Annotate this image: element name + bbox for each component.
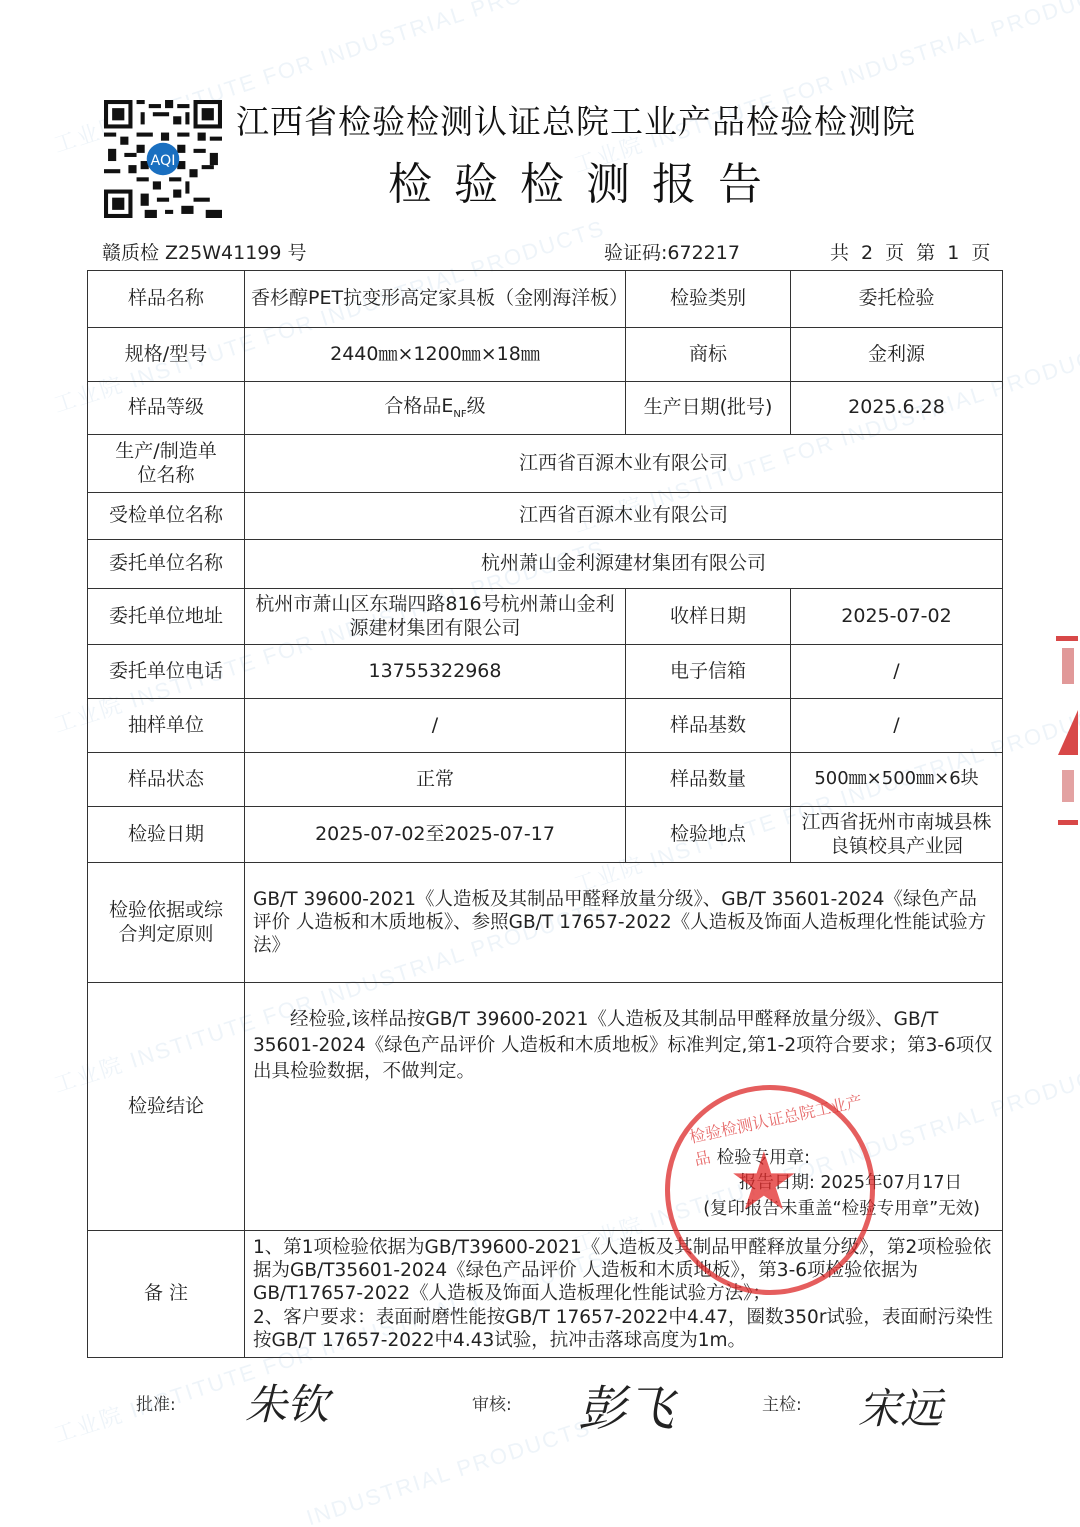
inspection-type: 委托检验	[791, 271, 1003, 328]
client-name-label: 委托单位名称	[88, 540, 245, 589]
table-row: 委托单位电话 13755322968 电子信箱 /	[88, 645, 1003, 699]
remarks: 1、第1项检验依据为GB/T39600-2021《人造板及其制品甲醛释放量分级》…	[245, 1231, 1003, 1358]
stamp-block: 检验专用章: 报告日期: 2025年07月17日 (复印报告未重盖“检验专用章”…	[703, 1146, 980, 1222]
manufacturer: 江西省百源木业有限公司	[245, 435, 1003, 493]
table-row: 检验日期 2025-07-02至2025-07-17 检验地点 江西省抚州市南城…	[88, 807, 1003, 863]
table-row: 委托单位地址 杭州市萧山区东瑞四路816号杭州萧山金利源建材集团有限公司 收样日…	[88, 589, 1003, 645]
client-phone: 13755322968	[245, 645, 626, 699]
email: /	[791, 645, 1003, 699]
review-label: 审核:	[472, 1390, 512, 1415]
table-row: 样品状态 正常 样品数量 500㎜×500㎜×6块	[88, 753, 1003, 807]
grade-prefix: 合格品E	[384, 395, 453, 417]
client-address: 杭州市萧山区东瑞四路816号杭州萧山金利源建材集团有限公司	[245, 589, 626, 645]
receive-date: 2025-07-02	[791, 589, 1003, 645]
chief-signature: 宋远	[858, 1376, 942, 1436]
inspected-unit-label: 受检单位名称	[88, 493, 245, 540]
inspection-place: 江西省抚州市南城县株良镇校具产业园	[791, 807, 1003, 863]
org-title: 江西省检验检测认证总院工业产品检验检测院	[236, 96, 916, 143]
inspected-unit: 江西省百源木业有限公司	[245, 493, 1003, 540]
sample-name: 香杉醇PET抗变形高定家具板（金刚海洋板）	[245, 271, 626, 328]
table-row: 委托单位名称 杭州萧山金利源建材集团有限公司	[88, 540, 1003, 589]
grade-sub: NF	[453, 409, 466, 420]
side-seal	[1048, 630, 1078, 830]
inspection-place-label: 检验地点	[626, 807, 791, 863]
email-label: 电子信箱	[626, 645, 791, 699]
sampling-unit: /	[245, 699, 626, 753]
prod-date: 2025.6.28	[791, 382, 1003, 435]
qr-code-icon: AQI	[104, 100, 222, 218]
table-row: 样品名称 香杉醇PET抗变形高定家具板（金刚海洋板） 检验类别 委托检验	[88, 271, 1003, 328]
report-date: 报告日期: 2025年07月17日	[703, 1171, 980, 1196]
table-row: 规格/型号 2440㎜×1200㎜×18㎜ 商标 金利源	[88, 328, 1003, 382]
sample-qty-label: 样品数量	[626, 753, 791, 807]
table-row: 受检单位名称 江西省百源木业有限公司	[88, 493, 1003, 540]
sample-name-label: 样品名称	[88, 271, 245, 328]
trademark-label: 商标	[626, 328, 791, 382]
watermark: INDUSTRIAL PRODUCTS	[303, 1415, 594, 1527]
spec-label: 规格/型号	[88, 328, 245, 382]
table-row: 样品等级 合格品ENF级 生产日期(批号) 2025.6.28	[88, 382, 1003, 435]
review-signature: 彭飞	[578, 1370, 674, 1439]
client-name: 杭州萧山金利源建材集团有限公司	[245, 540, 1003, 589]
verify-code: 验证码:672217	[604, 238, 740, 265]
receive-date-label: 收样日期	[626, 589, 791, 645]
approve-signature: 朱钦	[245, 1372, 329, 1432]
stamp-label: 检验专用章:	[703, 1146, 980, 1171]
prod-date-label: 生产日期(批号)	[626, 382, 791, 435]
approve-label: 批准:	[136, 1390, 176, 1415]
sample-state: 正常	[245, 753, 626, 807]
report-table: 样品名称 香杉醇PET抗变形高定家具板（金刚海洋板） 检验类别 委托检验 规格/…	[87, 270, 1003, 1358]
conclusion-cell: 经检验,该样品按GB/T 39600-2021《人造板及其制品甲醛释放量分级》、…	[245, 983, 1003, 1231]
svg-text:AQI: AQI	[151, 153, 176, 169]
trademark: 金利源	[791, 328, 1003, 382]
sample-state-label: 样品状态	[88, 753, 245, 807]
basis-label: 检验依据或综合判定原则	[88, 863, 245, 983]
table-row: 检验依据或综合判定原则 GB/T 39600-2021《人造板及其制品甲醛释放量…	[88, 863, 1003, 983]
grade: 合格品ENF级	[245, 382, 626, 435]
qr-code[interactable]: AQI	[104, 100, 222, 218]
basis: GB/T 39600-2021《人造板及其制品甲醛释放量分级》、GB/T 356…	[245, 863, 1003, 983]
sample-qty: 500㎜×500㎜×6块	[791, 753, 1003, 807]
sample-base-label: 样品基数	[626, 699, 791, 753]
remarks-label: 备 注	[88, 1231, 245, 1358]
table-row: 检验结论 经检验,该样品按GB/T 39600-2021《人造板及其制品甲醛释放…	[88, 983, 1003, 1231]
inspection-type-label: 检验类别	[626, 271, 791, 328]
grade-suffix: 级	[467, 395, 486, 417]
client-phone-label: 委托单位电话	[88, 645, 245, 699]
remarks-item-1: 1、第1项检验依据为GB/T39600-2021《人造板及其制品甲醛释放量分级》…	[253, 1236, 994, 1305]
table-row: 生产/制造单位名称 江西省百源木业有限公司	[88, 435, 1003, 493]
remarks-item-2: 2、客户要求：表面耐磨性能按GB/T 17657-2022中4.47，圈数350…	[253, 1306, 994, 1352]
page-info: 共 2 页 第 1 页	[830, 238, 993, 265]
conclusion-label: 检验结论	[88, 983, 245, 1231]
inspection-date: 2025-07-02至2025-07-17	[245, 807, 626, 863]
table-row: 备 注 1、第1项检验依据为GB/T39600-2021《人造板及其制品甲醛释放…	[88, 1231, 1003, 1358]
report-number: 赣质检 Z25W41199 号	[102, 238, 307, 265]
sample-base: /	[791, 699, 1003, 753]
conclusion: 经检验,该样品按GB/T 39600-2021《人造板及其制品甲醛释放量分级》、…	[253, 1007, 994, 1085]
report-title: 检验检测报告	[388, 148, 784, 212]
copy-notice: (复印报告未重盖“检验专用章”无效)	[703, 1197, 980, 1222]
inspection-date-label: 检验日期	[88, 807, 245, 863]
chief-label: 主检:	[762, 1390, 802, 1415]
client-address-label: 委托单位地址	[88, 589, 245, 645]
spec: 2440㎜×1200㎜×18㎜	[245, 328, 626, 382]
manufacturer-label: 生产/制造单位名称	[88, 435, 245, 493]
grade-label: 样品等级	[88, 382, 245, 435]
sampling-unit-label: 抽样单位	[88, 699, 245, 753]
table-row: 抽样单位 / 样品基数 /	[88, 699, 1003, 753]
